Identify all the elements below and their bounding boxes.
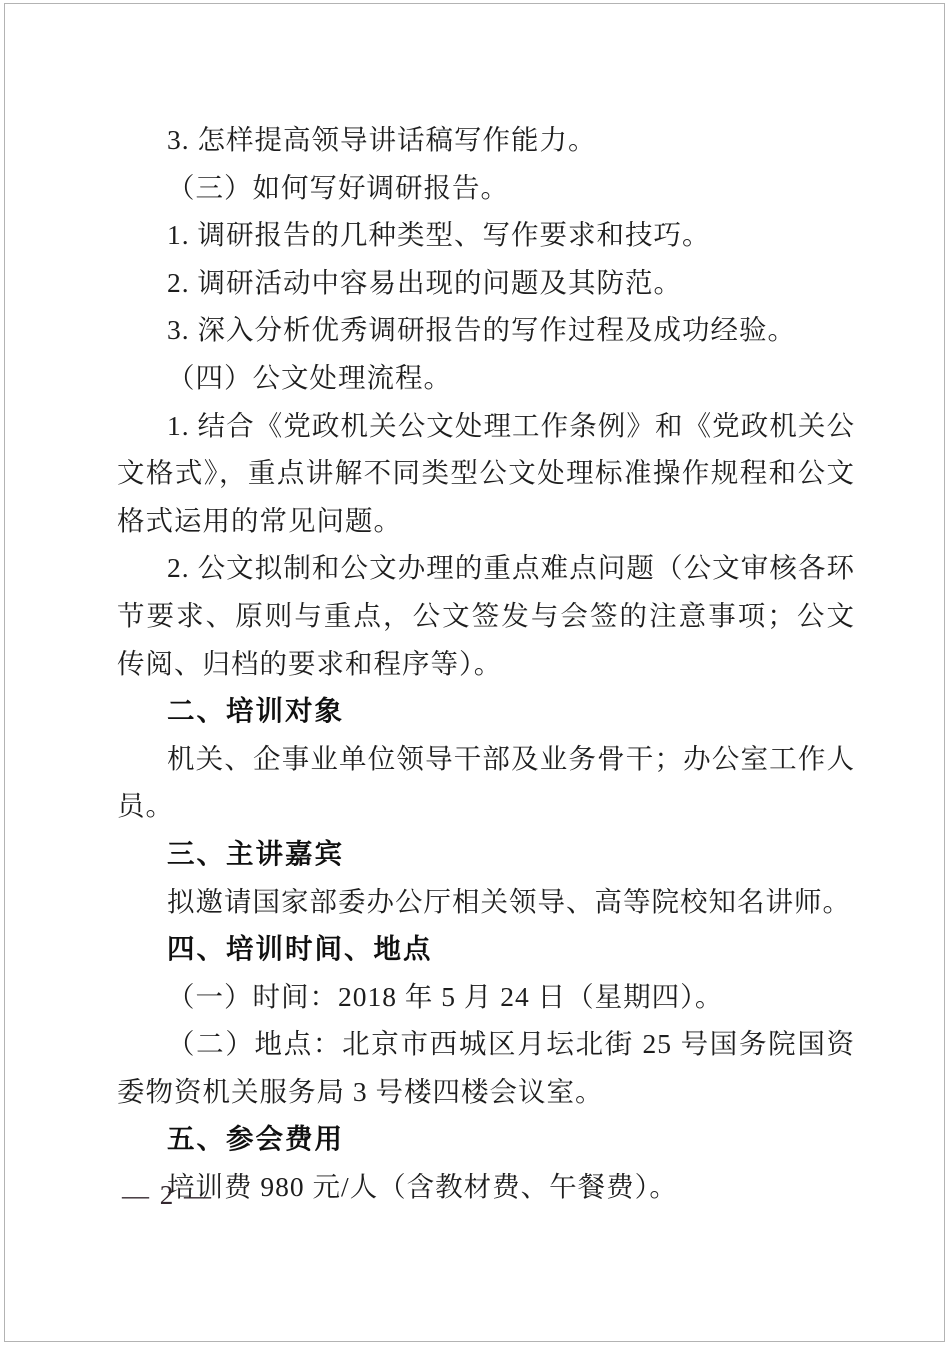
- section-heading: 三、主讲嘉宾: [117, 830, 855, 878]
- page-number: — 2 —: [122, 1180, 213, 1211]
- section-heading: 四、培训时间、地点: [117, 925, 855, 973]
- paragraph: 拟邀请国家部委办公厅相关领导、高等院校知名讲师。: [117, 878, 855, 926]
- paragraph: （一）时间：2018 年 5 月 24 日（星期四）。: [117, 973, 855, 1021]
- paragraph: 机关、企事业单位领导干部及业务骨干；办公室工作人员。: [117, 735, 855, 830]
- paragraph: 2. 调研活动中容易出现的问题及其防范。: [117, 259, 855, 307]
- paragraph: 2. 公文拟制和公文办理的重点难点问题（公文审核各环节要求、原则与重点，公文签发…: [117, 544, 855, 687]
- paragraph: 3. 深入分析优秀调研报告的写作过程及成功经验。: [117, 306, 855, 354]
- paragraph: （四）公文处理流程。: [117, 354, 855, 402]
- section-heading: 五、参会费用: [117, 1115, 855, 1163]
- document-content: 3. 怎样提高领导讲话稿写作能力。（三）如何写好调研报告。1. 调研报告的几种类…: [117, 116, 855, 1211]
- paragraph: （二）地点：北京市西城区月坛北街 25 号国务院国资委物资机关服务局 3 号楼四…: [117, 1020, 855, 1115]
- paragraph: 3. 怎样提高领导讲话稿写作能力。: [117, 116, 855, 164]
- paragraph: （三）如何写好调研报告。: [117, 164, 855, 212]
- document-page: 3. 怎样提高领导讲话稿写作能力。（三）如何写好调研报告。1. 调研报告的几种类…: [0, 0, 952, 1346]
- paragraph: 1. 结合《党政机关公文处理工作条例》和《党政机关公文格式》，重点讲解不同类型公…: [117, 402, 855, 545]
- paragraph: 培训费 980 元/人（含教材费、午餐费）。: [117, 1163, 855, 1211]
- section-heading: 二、培训对象: [117, 687, 855, 735]
- paragraph: 1. 调研报告的几种类型、写作要求和技巧。: [117, 211, 855, 259]
